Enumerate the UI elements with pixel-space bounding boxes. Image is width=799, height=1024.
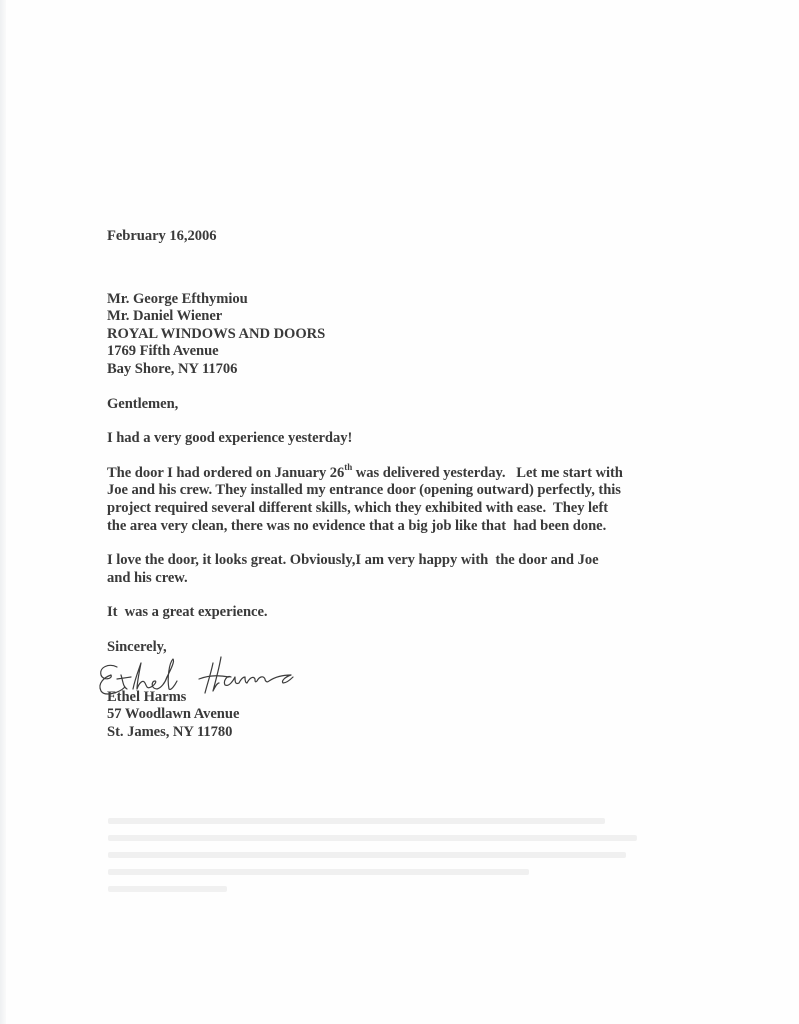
paragraph-4-text: It was a great experience.: [107, 604, 707, 622]
scan-edge-shadow: [0, 0, 6, 1024]
paragraph-2-line-1: The door I had ordered on January 26th w…: [107, 465, 707, 483]
recipient-street: 1769 Fifth Avenue: [107, 343, 707, 361]
salutation: Gentlemen,: [107, 396, 707, 414]
paragraph-3-line-2: and his crew.: [107, 570, 707, 588]
letter-body: February 16,2006 Mr. George Efthymiou Mr…: [107, 228, 707, 741]
recipient-company: ROYAL WINDOWS AND DOORS: [107, 326, 707, 344]
bleed-through-text: [108, 818, 648, 918]
sender-city: St. James, NY 11780: [107, 724, 707, 742]
signature-icon: [95, 653, 707, 693]
paragraph-3: I love the door, it looks great. Obvious…: [107, 552, 707, 587]
recipient-address: Mr. George Efthymiou Mr. Daniel Wiener R…: [107, 291, 707, 379]
recipient-name-1: Mr. George Efthymiou: [107, 291, 707, 309]
paragraph-2-line-3: project required several different skill…: [107, 500, 707, 518]
p2-text-before-sup: The door I had ordered on January 26: [107, 465, 344, 481]
recipient-city: Bay Shore, NY 11706: [107, 361, 707, 379]
sender-street: 57 Woodlawn Avenue: [107, 706, 707, 724]
p2-text-after-sup: was delivered yesterday. Let me start wi…: [352, 465, 623, 481]
letter-page: February 16,2006 Mr. George Efthymiou Mr…: [0, 0, 799, 1024]
paragraph-3-line-1: I love the door, it looks great. Obvious…: [107, 552, 707, 570]
recipient-name-2: Mr. Daniel Wiener: [107, 308, 707, 326]
letter-date: February 16,2006: [107, 228, 707, 246]
paragraph-2: The door I had ordered on January 26th w…: [107, 465, 707, 535]
paragraph-1: I had a very good experience yesterday!: [107, 430, 707, 448]
paragraph-4: It was a great experience.: [107, 604, 707, 622]
paragraph-2-line-4: the area very clean, there was no eviden…: [107, 518, 707, 536]
paragraph-1-text: I had a very good experience yesterday!: [107, 430, 707, 448]
ordinal-suffix: th: [344, 462, 352, 472]
paragraph-2-line-2: Joe and his crew. They installed my entr…: [107, 482, 707, 500]
